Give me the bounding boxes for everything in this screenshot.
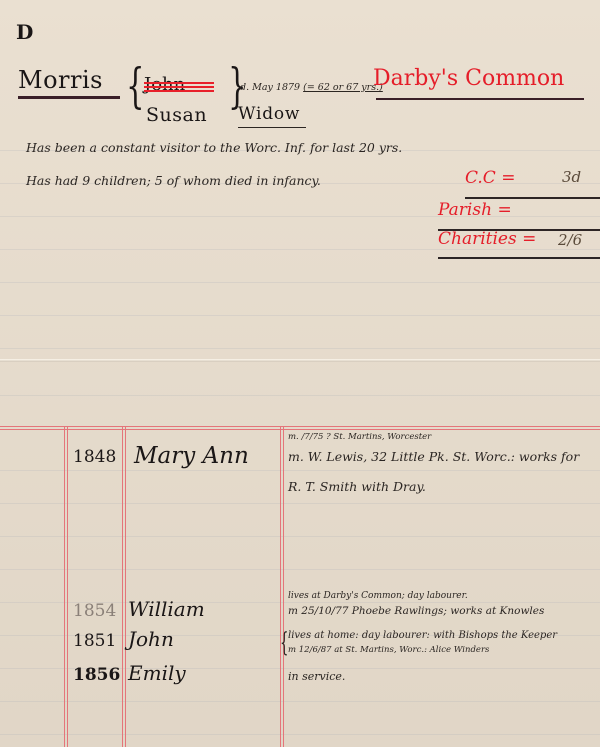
child-note: m 25/10/77 Phoebe Rawlings; works at Kno… <box>288 605 544 617</box>
death-note: d. May 1879 (= 62 or 67 yrs.) <box>240 82 383 93</box>
relief-value-charities: 2/6 <box>558 231 582 249</box>
ruled-line <box>0 282 600 283</box>
ruled-line <box>0 503 600 504</box>
age-note: (= 62 or 67 yrs.) <box>303 82 383 93</box>
surname-underline <box>18 96 120 99</box>
note-line: Has been a constant visitor to the Worc.… <box>26 140 402 155</box>
ledger-rule-top <box>0 429 600 430</box>
relief-value-cc: 3d <box>562 168 581 186</box>
ruled-line <box>0 536 600 537</box>
death-date: d. May 1879 <box>240 82 300 93</box>
ledger-column-line <box>64 427 65 747</box>
ruled-line <box>0 249 600 250</box>
surname: Morris <box>18 66 103 94</box>
marital-status: Widow <box>238 104 300 124</box>
child-name: Emily <box>128 661 186 685</box>
ruled-line <box>0 315 600 316</box>
place-name: Darby's Common <box>373 66 564 91</box>
relief-label-parish: Parish = <box>438 200 512 220</box>
ruled-line <box>0 569 600 570</box>
child-note: lives at home: day labourer: with Bishop… <box>288 630 557 641</box>
child-birth-year: 1851 <box>73 631 116 651</box>
relief-underline <box>438 257 600 259</box>
red-strikethrough <box>144 82 214 84</box>
child-name: John <box>128 627 174 651</box>
child-name: William <box>128 597 205 621</box>
child-birth-year: 1848 <box>73 447 116 467</box>
ledger-page: D Morris { John Susan } d. May 1879 (= 6… <box>0 0 600 747</box>
ruled-line <box>0 470 600 471</box>
child-note: lives at Darby's Common; day labourer. <box>288 591 468 601</box>
red-strikethrough <box>144 86 214 88</box>
ledger-column-line <box>122 427 123 747</box>
ruled-line <box>0 734 600 735</box>
section-letter: D <box>16 20 33 44</box>
ruled-line <box>0 348 600 349</box>
ledger-column-line <box>280 427 281 747</box>
ledger-column-line <box>125 427 126 747</box>
relief-label-charities: Charities = <box>438 229 536 249</box>
ledger-rule-top <box>0 426 600 427</box>
child-note: in service. <box>288 670 345 683</box>
ruled-line <box>0 701 600 702</box>
child-note: m. W. Lewis, 32 Little Pk. St. Worc.: wo… <box>288 449 579 464</box>
child-birth-year: 1854 <box>73 601 116 621</box>
ruled-line <box>0 395 600 396</box>
wife-name: Susan <box>146 104 207 126</box>
status-underline <box>238 127 306 128</box>
left-brace-icon: { <box>126 58 144 114</box>
child-note: R. T. Smith with Dray. <box>288 479 426 494</box>
ledger-column-line <box>67 427 68 747</box>
page-fold <box>0 359 600 362</box>
child-note: m. /7/75 ? St. Martins, Worcester <box>288 432 431 442</box>
child-birth-year: 1856 <box>73 665 120 685</box>
place-underline <box>376 98 584 100</box>
note-line: Has had 9 children; 5 of whom died in in… <box>26 173 321 188</box>
relief-label-cc: C.C = <box>465 168 515 188</box>
ledger-column-line <box>283 427 284 747</box>
child-note: m 12/6/87 at St. Martins, Worc.: Alice W… <box>288 645 489 655</box>
relief-underline <box>465 197 600 199</box>
child-name: Mary Ann <box>134 443 249 469</box>
red-strikethrough <box>144 90 214 92</box>
